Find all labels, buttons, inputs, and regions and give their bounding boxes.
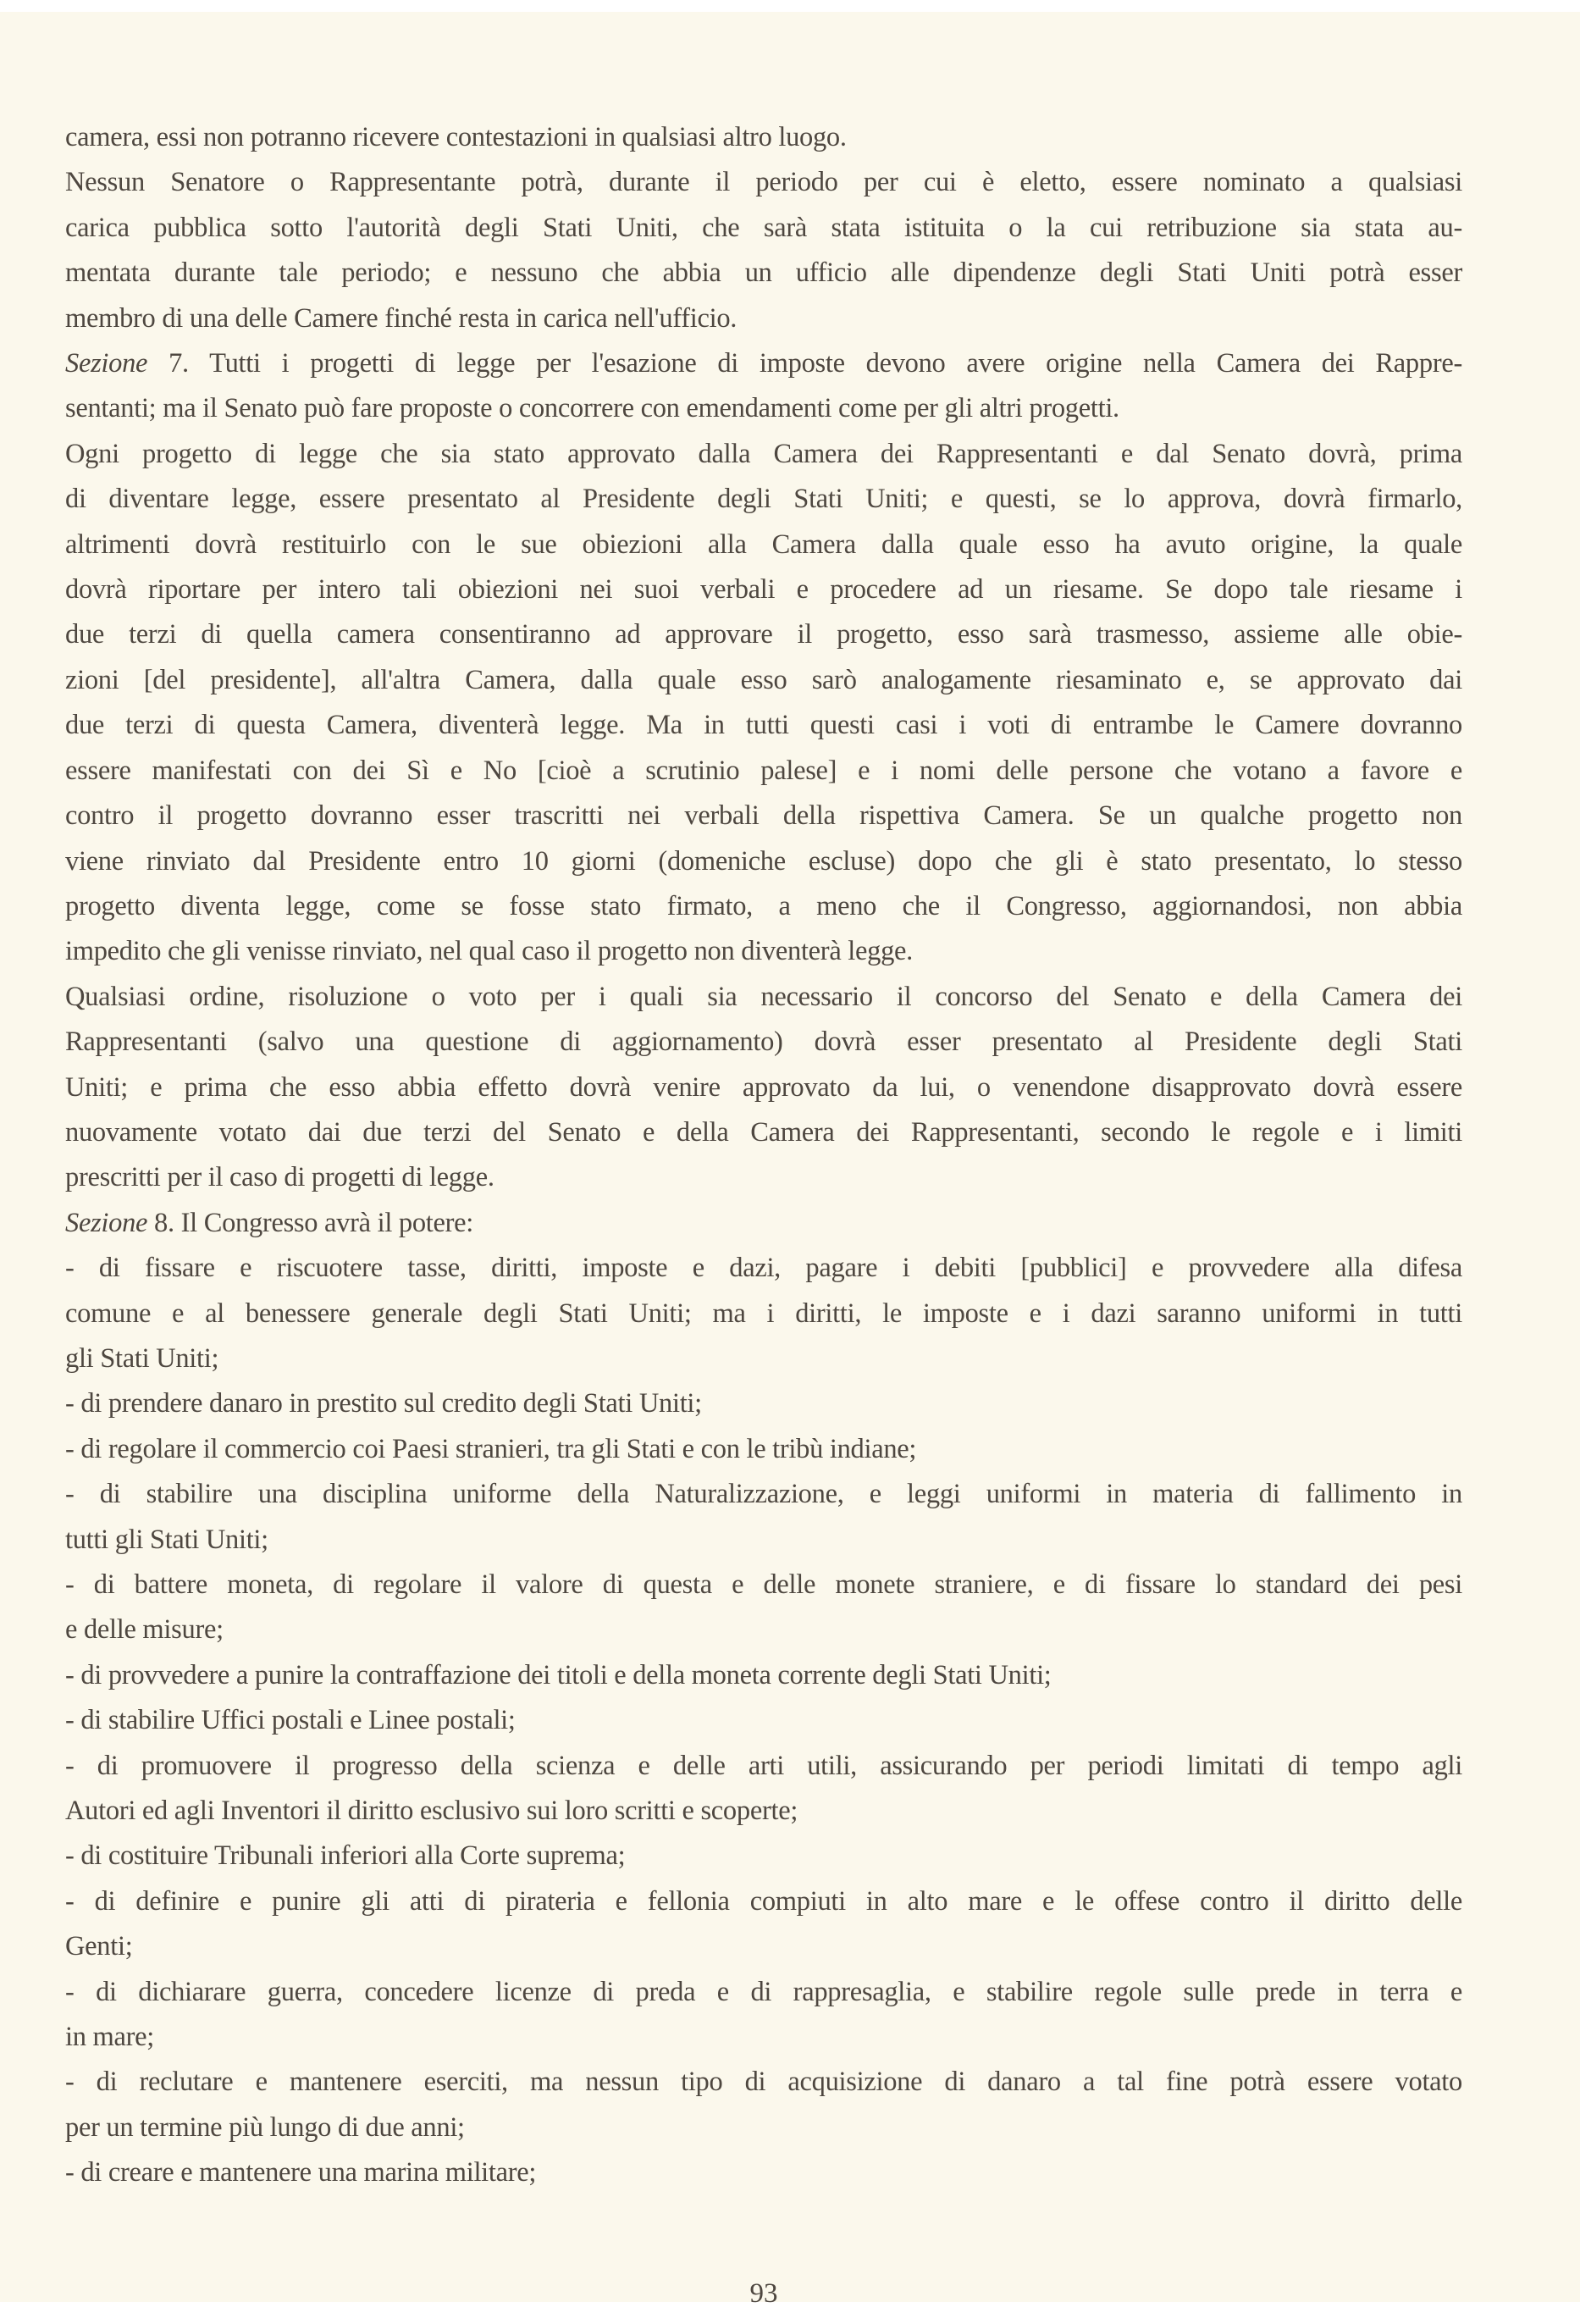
text-run: prescritti per il caso di progetti di le… [65,1162,494,1192]
text-run: - di creare e mantenere una marina milit… [65,2157,536,2188]
text-run: nuovamente votato dai due terzi del Sena… [65,1117,1462,1148]
text-line: nuovamente votato dai due terzi del Sena… [65,1110,1462,1155]
text-line: Genti; [65,1924,1462,1969]
text-line: Qualsiasi ordine, risoluzione o voto per… [65,975,1462,1020]
book-page: camera, essi non potranno ricevere conte… [0,12,1580,2302]
section-label: Sezione [65,348,147,379]
text-line: comune e al benessere generale degli Sta… [65,1292,1462,1336]
text-line: Sezione 8. Il Congresso avrà il potere: [65,1201,1462,1246]
text-run: e delle misure; [65,1614,224,1645]
text-run: in mare; [65,2022,154,2052]
text-line: - di fissare e riscuotere tasse, diritti… [65,1246,1462,1291]
text-run: tutti gli Stati Uniti; [65,1524,268,1555]
text-run: Genti; [65,1931,132,1962]
text-run: camera, essi non potranno ricevere conte… [65,122,847,152]
text-run: - di promuovere il progresso della scien… [65,1751,1462,1781]
text-run: mentata durante tale periodo; e nessuno … [65,257,1462,288]
text-line: - di regolare il commercio coi Paesi str… [65,1427,1462,1472]
text-run: - di fissare e riscuotere tasse, diritti… [65,1253,1462,1283]
text-run: carica pubblica sotto l'autorità degli S… [65,213,1462,243]
text-run: 7. Tutti i progetti di legge per l'esazi… [147,348,1462,379]
text-run: per un termine più lungo di due anni; [65,2112,465,2143]
text-run: contro il progetto dovranno esser trascr… [65,800,1462,831]
text-run: membro di una delle Camere finché resta … [65,303,737,334]
text-line: mentata durante tale periodo; e nessuno … [65,251,1462,296]
text-line: Ogni progetto di legge che sia stato app… [65,432,1462,477]
text-line: Nessun Senatore o Rappresentante potrà, … [65,160,1462,205]
text-line: - di creare e mantenere una marina milit… [65,2150,1462,2195]
text-run: Uniti; e prima che esso abbia effetto do… [65,1072,1462,1103]
text-run: zioni [del presidente], all'altra Camera… [65,665,1462,695]
text-run: Qualsiasi ordine, risoluzione o voto per… [65,982,1462,1012]
text-line: contro il progetto dovranno esser trascr… [65,794,1462,838]
text-line: - di battere moneta, di regolare il valo… [65,1563,1462,1607]
text-line: Uniti; e prima che esso abbia effetto do… [65,1065,1462,1110]
text-line: zioni [del presidente], all'altra Camera… [65,658,1462,703]
text-line: due terzi di quella camera consentiranno… [65,612,1462,657]
text-run: Nessun Senatore o Rappresentante potrà, … [65,167,1462,197]
text-run: Rappresentanti (salvo una questione di a… [65,1026,1462,1057]
text-line: - di dichiarare guerra, concedere licenz… [65,1970,1462,2015]
section-label: Sezione [65,1208,147,1238]
page-number: 93 [65,2278,1462,2310]
text-run: essere manifestati con dei Sì e No [cioè… [65,755,1462,786]
text-line: - di definire e punire gli atti di pirat… [65,1879,1462,1924]
text-run: - di definire e punire gli atti di pirat… [65,1886,1462,1917]
text-line: in mare; [65,2015,1462,2060]
text-line: gli Stati Uniti; [65,1336,1462,1381]
text-line: - di stabilire Uffici postali e Linee po… [65,1698,1462,1743]
text-run: - di battere moneta, di regolare il valo… [65,1569,1462,1600]
text-line: di diventare legge, essere presentato al… [65,477,1462,522]
text-run: progetto diventa legge, come se fosse st… [65,891,1462,921]
text-line: Rappresentanti (salvo una questione di a… [65,1020,1462,1065]
text-run: altrimenti dovrà restituirlo con le sue … [65,529,1462,560]
text-run: sentanti; ma il Senato può fare proposte… [65,393,1119,423]
text-line: e delle misure; [65,1607,1462,1652]
text-line: - di reclutare e mantenere eserciti, ma … [65,2060,1462,2105]
text-run: due terzi di questa Camera, diventerà le… [65,710,1462,740]
text-line: progetto diventa legge, come se fosse st… [65,884,1462,929]
text-run: Ogni progetto di legge che sia stato app… [65,439,1462,469]
text-line: due terzi di questa Camera, diventerà le… [65,703,1462,748]
text-run: - di stabilire Uffici postali e Linee po… [65,1705,516,1735]
text-run: - di reclutare e mantenere eserciti, ma … [65,2067,1462,2097]
text-line: per un termine più lungo di due anni; [65,2105,1462,2150]
text-run: - di prendere danaro in prestito sul cre… [65,1388,702,1419]
text-line: dovrà riportare per intero tali obiezion… [65,567,1462,612]
text-line: membro di una delle Camere finché resta … [65,296,1462,341]
text-line: - di stabilire una disciplina uniforme d… [65,1472,1462,1517]
text-run: - di provvedere a punire la contraffazio… [65,1660,1052,1690]
text-block: camera, essi non potranno ricevere conte… [65,115,1462,2196]
text-run: di diventare legge, essere presentato al… [65,484,1462,514]
text-run: due terzi di quella camera consentiranno… [65,619,1462,650]
text-line: viene rinviato dal Presidente entro 10 g… [65,839,1462,884]
text-line: Sezione 7. Tutti i progetti di legge per… [65,341,1462,386]
text-run: - di stabilire una disciplina uniforme d… [65,1479,1462,1509]
text-run: dovrà riportare per intero tali obiezion… [65,574,1462,605]
text-line: carica pubblica sotto l'autorità degli S… [65,206,1462,251]
text-line: essere manifestati con dei Sì e No [cioè… [65,749,1462,794]
text-line: - di costituire Tribunali inferiori alla… [65,1834,1462,1879]
text-run: - di regolare il commercio coi Paesi str… [65,1434,916,1464]
text-run: - di dichiarare guerra, concedere licenz… [65,1977,1462,2007]
text-line: camera, essi non potranno ricevere conte… [65,115,1462,160]
text-run: Autori ed agli Inventori il diritto escl… [65,1796,798,1826]
text-run: gli Stati Uniti; [65,1343,218,1374]
text-run: impedito che gli venisse rinviato, nel q… [65,936,913,966]
text-line: - di promuovere il progresso della scien… [65,1744,1462,1789]
text-line: prescritti per il caso di progetti di le… [65,1155,1462,1200]
text-line: Autori ed agli Inventori il diritto escl… [65,1789,1462,1834]
text-run: viene rinviato dal Presidente entro 10 g… [65,846,1462,877]
text-run: comune e al benessere generale degli Sta… [65,1298,1462,1329]
text-run: - di costituire Tribunali inferiori alla… [65,1840,625,1871]
text-line: altrimenti dovrà restituirlo con le sue … [65,523,1462,567]
text-line: impedito che gli venisse rinviato, nel q… [65,929,1462,974]
text-line: tutti gli Stati Uniti; [65,1518,1462,1563]
text-line: - di provvedere a punire la contraffazio… [65,1653,1462,1698]
text-line: sentanti; ma il Senato può fare proposte… [65,386,1462,431]
text-run: 8. Il Congresso avrà il potere: [147,1208,473,1238]
text-line: - di prendere danaro in prestito sul cre… [65,1381,1462,1426]
